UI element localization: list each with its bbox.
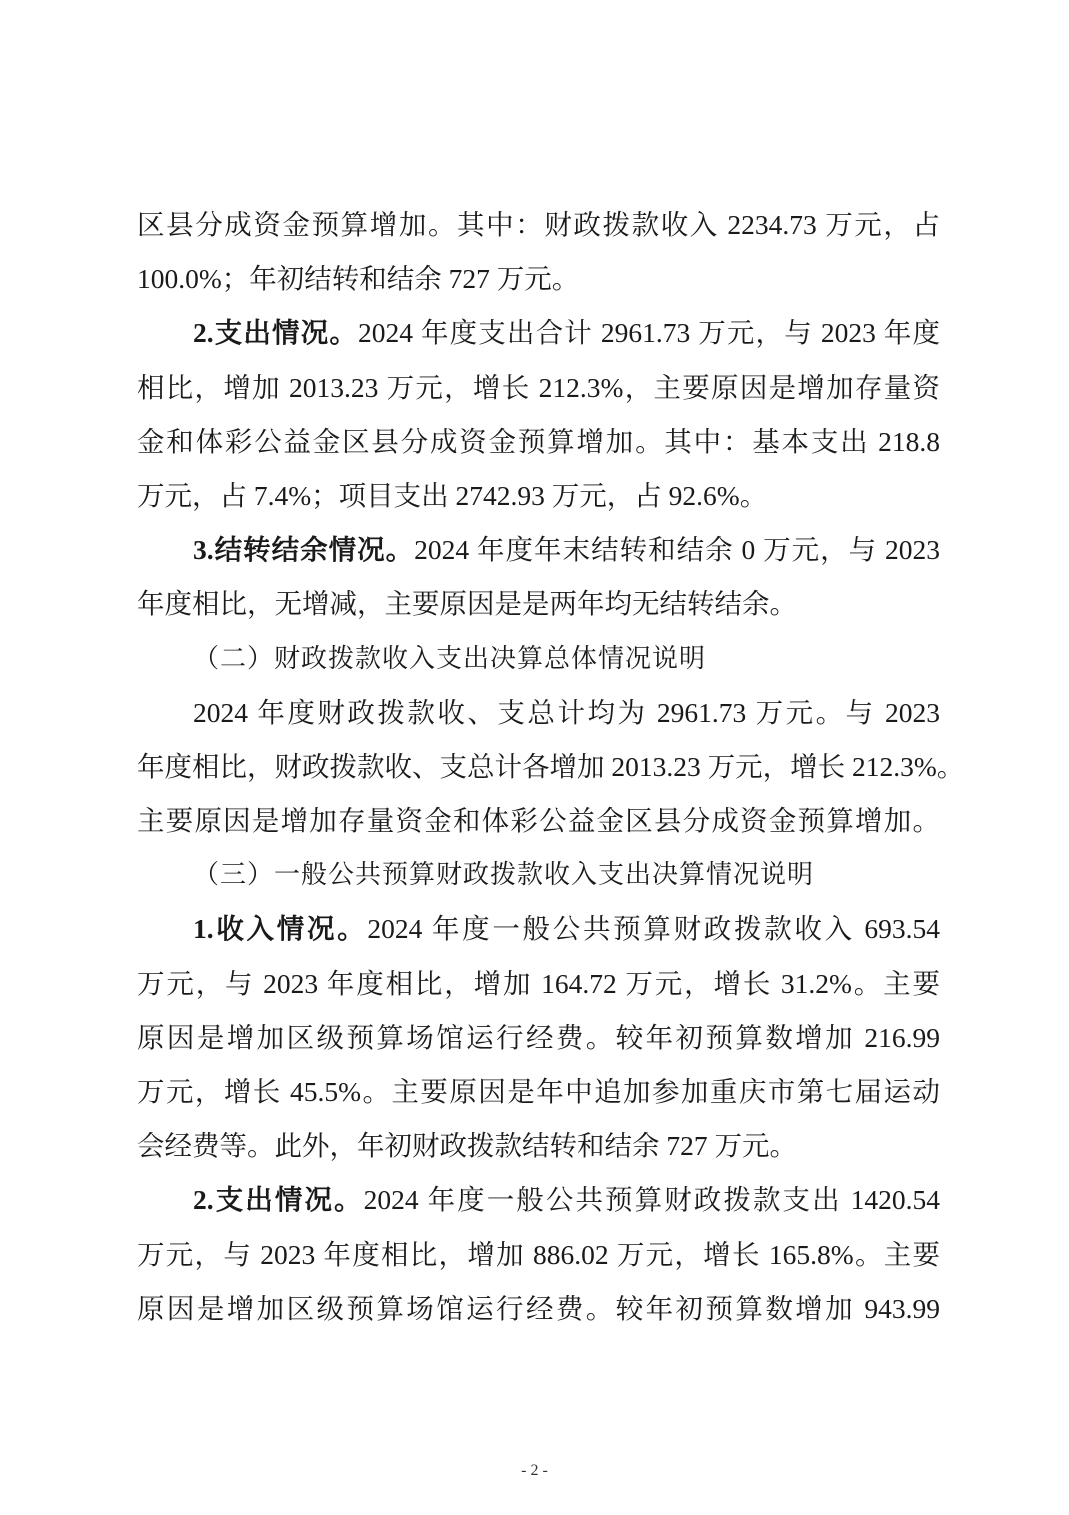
text-line: 主要原因是增加存量资金和体彩公益金区县分成资金预算增加。 xyxy=(137,794,940,848)
document-page: 区县分成资金预算增加。其中：财政拨款收入 2234.73 万元，占 100.0%… xyxy=(137,198,940,1336)
text-line: 区县分成资金预算增加。其中：财政拨款收入 2234.73 万元，占 xyxy=(137,198,940,252)
paragraph-fiscal-total: 2024 年度财政拨款收、支总计均为 2961.73 万元。与 2023 年度相… xyxy=(137,686,940,849)
paragraph-lead: 2.支出情况。 xyxy=(193,317,358,348)
paragraph-expenditure: 2.支出情况。2024 年度支出合计 2961.73 万元，与 2023 年度 … xyxy=(137,306,940,523)
section-heading: （二）财政拨款收入支出决算总体情况说明 xyxy=(137,632,940,686)
text-line: 万元，增长 45.5%。主要原因是年中追加参加重庆市第七届运动 xyxy=(137,1065,940,1119)
paragraph-carryover: 3.结转结余情况。2024 年度年末结转和结余 0 万元，与 2023 年度相比… xyxy=(137,523,940,631)
text-line: 万元，占 7.4%；项目支出 2742.93 万元，占 92.6%。 xyxy=(137,469,940,523)
paragraph-lead: 3.结转结余情况。 xyxy=(193,534,414,565)
text-line: 年度相比，无增减，主要原因是是两年均无结转结余。 xyxy=(137,577,940,631)
text-line: 1.收入情况。2024 年度一般公共预算财政拨款收入 693.54 xyxy=(137,902,940,956)
text-line: 原因是增加区级预算场馆运行经费。较年初预算数增加 216.99 xyxy=(137,1011,940,1065)
text-span: 2024 年度年末结转和结余 0 万元，与 2023 xyxy=(414,534,940,565)
text-line: 原因是增加区级预算场馆运行经费。较年初预算数增加 943.99 xyxy=(137,1282,940,1336)
paragraph-general-expenditure: 2.支出情况。2024 年度一般公共预算财政拨款支出 1420.54 万元，与 … xyxy=(137,1173,940,1336)
paragraph-lead: 1.收入情况。 xyxy=(193,913,367,944)
text-line: 万元，与 2023 年度相比，增加 164.72 万元，增长 31.2%。主要 xyxy=(137,957,940,1011)
text-line: 年度相比，财政拨款收、支总计各增加 2013.23 万元，增长 212.3%。 xyxy=(137,740,940,794)
section-heading: （三）一般公共预算财政拨款收入支出决算情况说明 xyxy=(137,848,940,902)
text-line: 相比，增加 2013.23 万元，增长 212.3%，主要原因是增加存量资 xyxy=(137,361,940,415)
text-line: 会经费等。此外，年初财政拨款结转和结余 727 万元。 xyxy=(137,1119,940,1173)
text-line: 100.0%；年初结转和结余 727 万元。 xyxy=(137,252,940,306)
paragraph-income-continued: 区县分成资金预算增加。其中：财政拨款收入 2234.73 万元，占 100.0%… xyxy=(137,198,940,306)
text-line: 2.支出情况。2024 年度一般公共预算财政拨款支出 1420.54 xyxy=(137,1173,940,1227)
text-line: 3.结转结余情况。2024 年度年末结转和结余 0 万元，与 2023 xyxy=(137,523,940,577)
text-span: 2024 年度一般公共预算财政拨款收入 693.54 xyxy=(367,913,940,944)
text-line: 金和体彩公益金区县分成资金预算增加。其中：基本支出 218.8 xyxy=(137,415,940,469)
paragraph-general-income: 1.收入情况。2024 年度一般公共预算财政拨款收入 693.54 万元，与 2… xyxy=(137,902,940,1173)
paragraph-lead: 2.支出情况。 xyxy=(193,1184,364,1215)
text-line: 2024 年度财政拨款收、支总计均为 2961.73 万元。与 2023 xyxy=(137,686,940,740)
text-line: 2.支出情况。2024 年度支出合计 2961.73 万元，与 2023 年度 xyxy=(137,306,940,360)
text-line: 万元，与 2023 年度相比，增加 886.02 万元，增长 165.8%。主要 xyxy=(137,1228,940,1282)
page-number: - 2 - xyxy=(0,1462,1069,1480)
text-span: 2024 年度支出合计 2961.73 万元，与 2023 年度 xyxy=(358,317,940,348)
text-span: 2024 年度一般公共预算财政拨款支出 1420.54 xyxy=(364,1184,940,1215)
